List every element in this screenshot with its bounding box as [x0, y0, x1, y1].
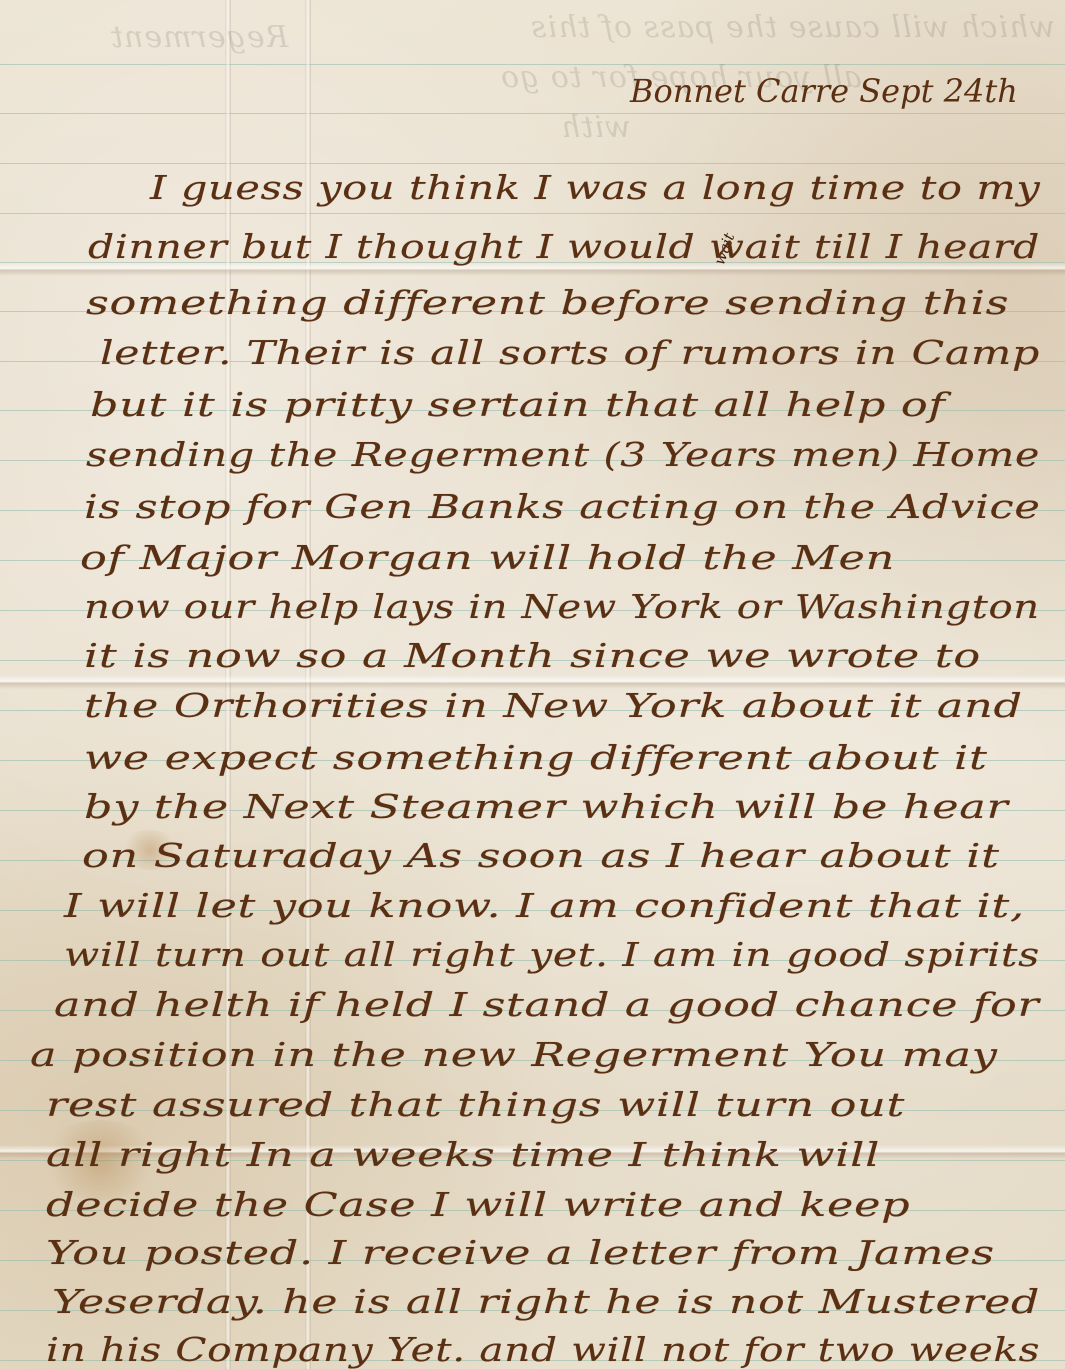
bleed-through-text: Regerment: [110, 20, 288, 55]
letter-line: the Orthorities in New York about it and: [84, 686, 1023, 725]
letter-line: decide the Case I will write and keep: [46, 1185, 910, 1224]
place-date-heading: Bonnet Carre Sept 24th: [630, 72, 1018, 110]
letter-line: on Saturaday As soon as I hear about it: [82, 836, 1000, 875]
letter-line: all right In a weeks time I think will: [46, 1135, 880, 1174]
letter-line: we expect something different about it: [84, 738, 988, 777]
letter-line: of Major Morgan will hold the Men: [80, 538, 895, 577]
letter-line: You posted. I receive a letter from Jame…: [46, 1233, 995, 1272]
letter-line: now our help lays in New York or Washing…: [84, 587, 1040, 626]
letter-line: and helth if held I stand a good chance …: [54, 985, 1039, 1024]
letter-line: a position in the new Regerment You may: [30, 1035, 998, 1074]
letter-line: will turn out all right yet. I am in goo…: [64, 935, 1040, 974]
letter-line: rest assured that things will turn out: [46, 1085, 905, 1124]
letter-line: is stop for Gen Banks acting on the Advi…: [84, 487, 1041, 526]
rule-line: [0, 163, 1065, 164]
letter-line: I guess you think I was a long time to m…: [150, 168, 1040, 207]
letter-line: but it is pritty sertain that all help o…: [90, 385, 946, 424]
bleed-through-text: with: [560, 110, 631, 145]
rule-line: [0, 113, 1065, 114]
letter-line: letter. Their is all sorts of rumors in …: [100, 333, 1040, 372]
letter-line: by the Next Steamer which will be hear: [84, 787, 1008, 826]
letter-line: Yeserday. he is all right he is not Must…: [52, 1282, 1040, 1321]
letter-line: in his Company Yet. and will not for two…: [46, 1330, 1040, 1369]
letter-line: it is now so a Month since we wrote to: [84, 636, 981, 675]
letter-line: something different before sending this: [86, 283, 1009, 322]
letter-line: dinner but I thought I would wait till I…: [88, 227, 1040, 266]
letter-line: sending the Regerment (3 Years men) Home: [86, 435, 1040, 474]
rule-line: [0, 213, 1065, 214]
letter-page: which will cause the pass of this all yo…: [0, 0, 1065, 1369]
bleed-through-text: which will cause the pass of this: [530, 10, 1055, 45]
letter-line: I will let you know. I am confident that…: [64, 886, 1025, 925]
